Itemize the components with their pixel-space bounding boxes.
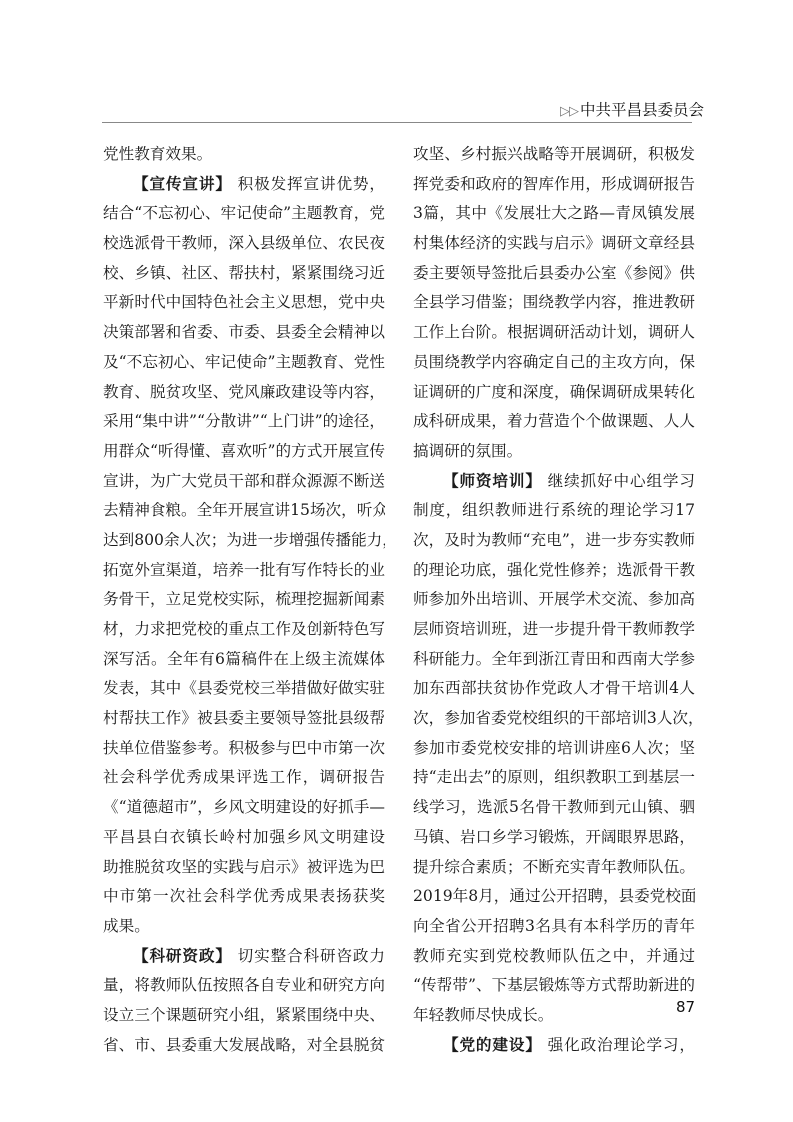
text-line: 材，力求把党校的重点工作及创新特色写 <box>103 615 385 645</box>
section-heading: 【党的建设】 <box>443 1036 542 1054</box>
paragraph-text: 参加市委党校安排的培训讲座6人次；坚 <box>413 739 695 757</box>
paragraph-text: 切实整合科研咨政力 <box>232 947 385 965</box>
text-line: 平新时代中国特色社会主义思想，党中央 <box>103 288 385 318</box>
text-line: 发表，其中《县委党校三举措做好做实驻 <box>103 674 385 704</box>
text-line: “传帮带”、下基层锻炼等方式帮助新进的 <box>413 971 695 1001</box>
paragraph-text: 工作上台阶。根据调研活动计划，调研人 <box>413 323 695 341</box>
header-title: 中共平昌县委员会 <box>580 101 704 119</box>
paragraph-text: 挥党委和政府的智库作用，形成调研报告 <box>413 175 695 193</box>
left-column: 党性教育效果。【宣传宣讲】 积极发挥宣讲优势，结合“不忘初心、牢记使命”主题教育… <box>103 140 385 1060</box>
paragraph-text: 拓宽外宣渠道，培养一批有写作特长的业 <box>103 561 385 579</box>
paragraph-text: 提升综合素质；不断充实青年教师队伍。 <box>413 858 695 876</box>
text-line: 挥党委和政府的智库作用，形成调研报告 <box>413 170 695 200</box>
paragraph-text: 省、市、县委重大发展战略，对全县脱贫 <box>103 1036 385 1054</box>
text-line: 校选派骨干教师，深入县级单位、农民夜 <box>103 229 385 259</box>
text-line: 深写活。全年有6篇稿件在上级主流媒体 <box>103 645 385 675</box>
paragraph-text: 积极发挥宣讲优势， <box>232 175 385 193</box>
paragraph-text: 采用“集中讲”“分散讲”“上门讲”的途径， <box>103 412 385 430</box>
paragraph-text: 中市第一次社会科学优秀成果表扬获奖 <box>103 887 385 905</box>
paragraph-text: 师参加外出培训、开展学术交流、参加高 <box>413 590 695 608</box>
paragraph-text: 量，将教师队伍按照各自专业和研究方向 <box>103 976 385 994</box>
right-column: 攻坚、乡村振兴战略等开展调研，积极发挥党委和政府的智库作用，形成调研报告3篇，其… <box>413 140 695 1060</box>
text-line: 次，参加省委党校组织的干部培训3人次， <box>413 704 695 734</box>
text-line: 委主要领导签批后县委办公室《参阅》供 <box>413 259 695 289</box>
text-line: 全县学习借鉴；围绕教学内容，推进教研 <box>413 288 695 318</box>
text-line: 中市第一次社会科学优秀成果表扬获奖 <box>103 882 385 912</box>
text-line: 校、乡镇、社区、帮扶村，紧紧围绕习近 <box>103 259 385 289</box>
text-line: 决策部署和省委、市委、县委全会精神以 <box>103 318 385 348</box>
text-line: 教师充实到党校教师队伍之中，并通过 <box>413 942 695 972</box>
paragraph-text: 攻坚、乡村振兴战略等开展调研，积极发 <box>413 145 695 163</box>
text-line: 采用“集中讲”“分散讲”“上门讲”的途径， <box>103 407 385 437</box>
paragraph-text: 委主要领导签批后县委办公室《参阅》供 <box>413 264 695 282</box>
text-line: 达到800余人次；为进一步增强传播能力， <box>103 526 385 556</box>
section-heading: 【师资培训】 <box>443 472 542 490</box>
text-line: 搞调研的氛围。 <box>413 437 695 467</box>
paragraph-text: 发表，其中《县委党校三举措做好做实驻 <box>103 679 385 697</box>
text-line: 务骨干，立足党校实际，梳理挖掘新闻素 <box>103 585 385 615</box>
paragraph-text: 去精神食粮。全年开展宣讲15场次，听众 <box>103 501 385 519</box>
text-line: 设立三个课题研究小组，紧紧围绕中央、 <box>103 1001 385 1031</box>
paragraph-text: 员围绕教学内容确定自己的主攻方向，保 <box>413 353 695 371</box>
text-line: 向全省公开招聘3名具有本科学历的青年 <box>413 912 695 942</box>
paragraph-text: 校、乡镇、社区、帮扶村，紧紧围绕习近 <box>103 264 385 282</box>
text-line: 线学习，选派5名骨干教师到元山镇、驷 <box>413 793 695 823</box>
paragraph-text: 扶单位借鉴参考。积极参与巴中市第一次 <box>103 739 385 757</box>
section-heading: 【宣传宣讲】 <box>133 175 232 193</box>
paragraph-text: 村帮扶工作》被县委主要领导签批县级帮 <box>103 709 385 727</box>
paragraph-text: 向全省公开招聘3名具有本科学历的青年 <box>413 917 695 935</box>
text-line: 攻坚、乡村振兴战略等开展调研，积极发 <box>413 140 695 170</box>
text-line: 《“道德超市”，乡风文明建设的好抓手— <box>103 793 385 823</box>
paragraph-text: 务骨干，立足党校实际，梳理挖掘新闻素 <box>103 590 385 608</box>
paragraph-text: 的理论功底，强化党性修养；选派骨干教 <box>413 561 695 579</box>
paragraph-text: 党性教育效果。 <box>103 145 212 163</box>
text-line: 省、市、县委重大发展战略，对全县脱贫 <box>103 1031 385 1061</box>
running-header: ▷▷中共平昌县委员会 <box>560 98 792 122</box>
paragraph-text: 助推脱贫攻坚的实践与启示》被评选为巴 <box>103 858 385 876</box>
text-line: 员围绕教学内容确定自己的主攻方向，保 <box>413 348 695 378</box>
paragraph-text: 3篇，其中《发展壮大之路—青凤镇发展 <box>413 204 695 222</box>
text-line: 制度，组织教师进行系统的理论学习17 <box>413 496 695 526</box>
text-line: 成果。 <box>103 912 385 942</box>
text-line: 宣讲，为广大党员干部和群众源源不断送 <box>103 467 385 497</box>
text-line: 的理论功底，强化党性修养；选派骨干教 <box>413 556 695 586</box>
section-heading-line: 【宣传宣讲】 积极发挥宣讲优势， <box>103 170 385 200</box>
paragraph-text: 平新时代中国特色社会主义思想，党中央 <box>103 293 385 311</box>
text-line: 马镇、岩口乡学习锻炼，开阔眼界思路， <box>413 823 695 853</box>
paragraph-text: 继续抓好中心组学习 <box>542 472 695 490</box>
paragraph-text: 及“不忘初心、牢记使命”主题教育、党性 <box>103 353 385 371</box>
text-line: 科研能力。全年到浙江青田和西南大学参 <box>413 645 695 675</box>
paragraph-text: “传帮带”、下基层锻炼等方式帮助新进的 <box>413 976 695 994</box>
text-line: 助推脱贫攻坚的实践与启示》被评选为巴 <box>103 853 385 883</box>
paragraph-text: 年轻教师尽快成长。 <box>413 1006 553 1024</box>
paragraph-text: 校选派骨干教师，深入县级单位、农民夜 <box>103 234 385 252</box>
paragraph-text: 搞调研的氛围。 <box>413 442 522 460</box>
double-triangle-icon: ▷▷ <box>560 104 578 119</box>
paragraph-text: 线学习，选派5名骨干教师到元山镇、驷 <box>413 798 695 816</box>
text-line: 村集体经济的实践与启示》调研文章经县 <box>413 229 695 259</box>
text-line: 师参加外出培训、开展学术交流、参加高 <box>413 585 695 615</box>
text-line: 村帮扶工作》被县委主要领导签批县级帮 <box>103 704 385 734</box>
paragraph-text: 结合“不忘初心、牢记使命”主题教育，党 <box>103 204 385 222</box>
text-line: 党性教育效果。 <box>103 140 385 170</box>
paragraph-text: 决策部署和省委、市委、县委全会精神以 <box>103 323 385 341</box>
text-line: 工作上台阶。根据调研活动计划，调研人 <box>413 318 695 348</box>
text-line: 参加市委党校安排的培训讲座6人次；坚 <box>413 734 695 764</box>
text-line: 拓宽外宣渠道，培养一批有写作特长的业 <box>103 556 385 586</box>
paragraph-text: 层师资培训班，进一步提升骨干教师教学 <box>413 620 695 638</box>
section-heading-line: 【党的建设】 强化政治理论学习， <box>413 1031 695 1061</box>
text-line: 次，及时为教师“充电”，进一步夯实教师 <box>413 526 695 556</box>
text-line: 成科研成果，着力营造个个做课题、人人 <box>413 407 695 437</box>
paragraph-text: 成果。 <box>103 917 150 935</box>
text-line: 2019年8月，通过公开招聘，县委党校面 <box>413 882 695 912</box>
paragraph-text: 达到800余人次；为进一步增强传播能力， <box>103 531 385 549</box>
paragraph-text: 平昌县白衣镇长岭村加强乡风文明建设 <box>103 828 385 846</box>
page-number: 87 <box>676 998 695 1016</box>
paragraph-text: 宣讲，为广大党员干部和群众源源不断送 <box>103 472 385 490</box>
paragraph-text: 用群众“听得懂、喜欢听”的方式开展宣传 <box>103 442 385 460</box>
text-line: 证调研的广度和深度，确保调研成果转化 <box>413 378 695 408</box>
paragraph-text: 全县学习借鉴；围绕教学内容，推进教研 <box>413 293 695 311</box>
paragraph-text: 次，及时为教师“充电”，进一步夯实教师 <box>413 531 695 549</box>
paragraph-text: 证调研的广度和深度，确保调研成果转化 <box>413 383 695 401</box>
text-line: 持“走出去”的原则，组织教职工到基层一 <box>413 763 695 793</box>
paragraph-text: 深写活。全年有6篇稿件在上级主流媒体 <box>103 650 385 668</box>
text-line: 社会科学优秀成果评选工作，调研报告 <box>103 763 385 793</box>
text-line: 去精神食粮。全年开展宣讲15场次，听众 <box>103 496 385 526</box>
text-line: 量，将教师队伍按照各自专业和研究方向 <box>103 971 385 1001</box>
paragraph-text: 社会科学优秀成果评选工作，调研报告 <box>103 768 385 786</box>
text-line: 教育、脱贫攻坚、党风廉政建设等内容， <box>103 378 385 408</box>
paragraph-text: 制度，组织教师进行系统的理论学习17 <box>413 501 695 519</box>
paragraph-text: 次，参加省委党校组织的干部培训3人次， <box>413 709 695 727</box>
paragraph-text: 加东西部扶贫协作党政人才骨干培训4人 <box>413 679 695 697</box>
text-line: 层师资培训班，进一步提升骨干教师教学 <box>413 615 695 645</box>
paragraph-text: 教育、脱贫攻坚、党风廉政建设等内容， <box>103 383 385 401</box>
section-heading: 【科研资政】 <box>133 947 232 965</box>
text-line: 结合“不忘初心、牢记使命”主题教育，党 <box>103 199 385 229</box>
paragraph-text: 马镇、岩口乡学习锻炼，开阔眼界思路， <box>413 828 695 846</box>
header-rule <box>102 122 692 123</box>
text-line: 加东西部扶贫协作党政人才骨干培训4人 <box>413 674 695 704</box>
paragraph-text: 成科研成果，着力营造个个做课题、人人 <box>413 412 695 430</box>
text-line: 提升综合素质；不断充实青年教师队伍。 <box>413 853 695 883</box>
paragraph-text: 村集体经济的实践与启示》调研文章经县 <box>413 234 695 252</box>
text-line: 用群众“听得懂、喜欢听”的方式开展宣传 <box>103 437 385 467</box>
text-line: 扶单位借鉴参考。积极参与巴中市第一次 <box>103 734 385 764</box>
text-line: 平昌县白衣镇长岭村加强乡风文明建设 <box>103 823 385 853</box>
text-line: 年轻教师尽快成长。 <box>413 1001 695 1031</box>
paragraph-text: 材，力求把党校的重点工作及创新特色写 <box>103 620 385 638</box>
paragraph-text: 2019年8月，通过公开招聘，县委党校面 <box>413 887 695 905</box>
section-heading-line: 【科研资政】 切实整合科研咨政力 <box>103 942 385 972</box>
paragraph-text: 强化政治理论学习， <box>542 1036 695 1054</box>
paragraph-text: 《“道德超市”，乡风文明建设的好抓手— <box>103 798 385 816</box>
paragraph-text: 设立三个课题研究小组，紧紧围绕中央、 <box>103 1006 385 1024</box>
section-heading-line: 【师资培训】 继续抓好中心组学习 <box>413 467 695 497</box>
text-line: 3篇，其中《发展壮大之路—青凤镇发展 <box>413 199 695 229</box>
paragraph-text: 科研能力。全年到浙江青田和西南大学参 <box>413 650 695 668</box>
paragraph-text: 持“走出去”的原则，组织教职工到基层一 <box>413 768 695 786</box>
paragraph-text: 教师充实到党校教师队伍之中，并通过 <box>413 947 695 965</box>
text-line: 及“不忘初心、牢记使命”主题教育、党性 <box>103 348 385 378</box>
